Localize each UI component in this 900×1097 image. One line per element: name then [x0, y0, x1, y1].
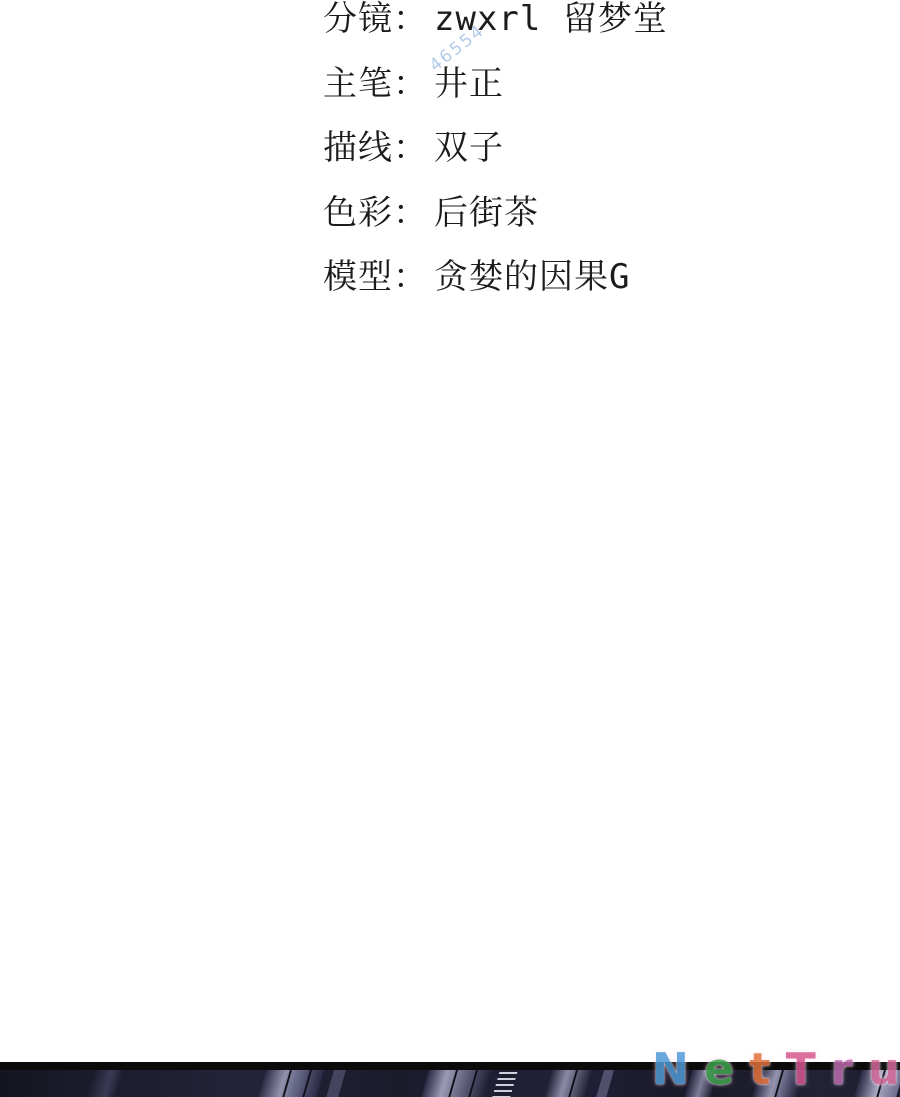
logo-letter: r — [831, 1044, 853, 1095]
credit-name-value: 双子 — [434, 129, 504, 167]
credit-line-models: 模型： 贪婪的因果G — [323, 258, 668, 296]
credit-role-label: 色彩： — [323, 194, 428, 232]
credit-line-inking: 描线： 双子 — [323, 129, 668, 167]
art-streak — [543, 1070, 593, 1097]
art-streak-dots — [491, 1070, 519, 1097]
credit-role-label: 描线： — [323, 129, 428, 167]
comic-page: 分镜： zwxrl 留梦堂 主笔： 井正 描线： 双子 色彩： 后街茶 模型： … — [0, 0, 900, 1097]
art-streak — [325, 1070, 347, 1097]
credit-role-label: 主笔： — [323, 65, 428, 103]
credit-name-value: zwxrl 留梦堂 — [434, 0, 668, 38]
credit-name-value: 贪婪的因果G — [434, 258, 630, 296]
credits-block: 分镜： zwxrl 留梦堂 主笔： 井正 描线： 双子 色彩： 后街茶 模型： … — [323, 0, 668, 323]
credit-line-lead-artist: 主笔： 井正 — [323, 65, 668, 103]
art-streak — [257, 1070, 325, 1097]
credit-line-colors: 色彩： 后街茶 — [323, 194, 668, 232]
credit-name-value: 井正 — [434, 65, 504, 103]
credit-name-value: 后街茶 — [434, 194, 539, 232]
art-streak — [595, 1070, 615, 1097]
credit-line-storyboard: 分镜： zwxrl 留梦堂 — [323, 0, 668, 38]
logo-letter: T — [786, 1044, 816, 1095]
logo-letter: e — [704, 1044, 734, 1095]
art-streak — [85, 1070, 125, 1097]
nettruyen-watermark-logo: N e t T r u y e n — [652, 1044, 900, 1095]
credit-role-label: 分镜： — [323, 0, 428, 38]
credit-role-label: 模型： — [323, 258, 428, 296]
logo-letter: u — [868, 1044, 899, 1095]
logo-letter: N — [652, 1044, 689, 1095]
logo-letter: t — [749, 1044, 770, 1095]
